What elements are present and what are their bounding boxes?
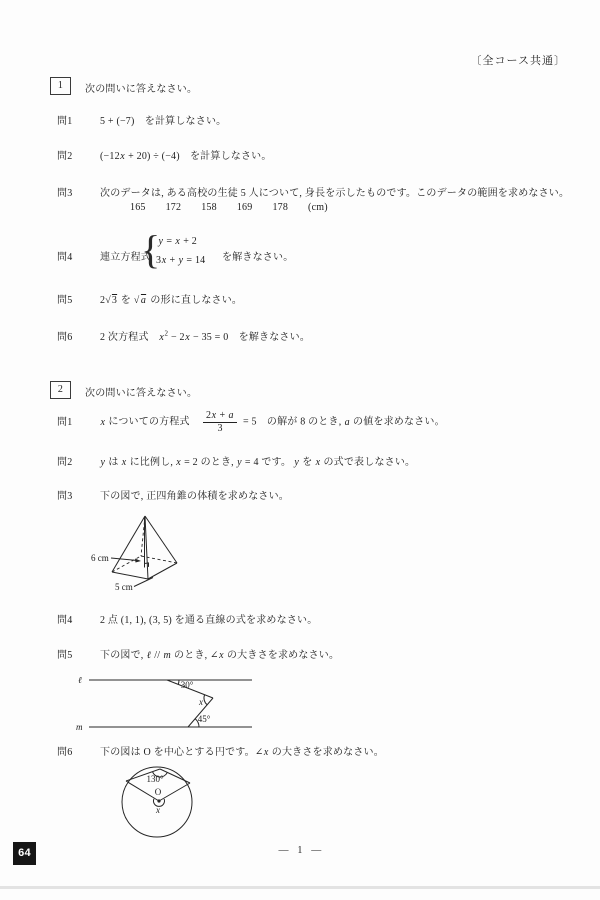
line-m-label: m bbox=[76, 722, 83, 732]
center-label: O bbox=[155, 787, 162, 797]
s1-q4-eq2: 3x + y = 14 bbox=[156, 255, 205, 266]
section-1-intro: 次の問いに答えなさい。 bbox=[85, 80, 197, 95]
page-number: — 1 — bbox=[0, 845, 600, 856]
angle-x-label: x bbox=[198, 697, 203, 707]
pyramid-hidden-edge bbox=[141, 556, 177, 563]
s1-q5-label: 問5 bbox=[57, 291, 72, 306]
s1-q6-label: 問6 bbox=[57, 328, 72, 343]
section-1-number-box: 1 bbox=[50, 77, 71, 95]
leader-arrowhead bbox=[135, 559, 141, 563]
angle-45-label: 45° bbox=[198, 714, 211, 724]
section-2-number-box: 2 bbox=[50, 381, 71, 399]
s2-q2-label: 問2 bbox=[57, 453, 72, 468]
pyramid-edge bbox=[112, 516, 145, 572]
base-leader-line bbox=[134, 578, 153, 587]
s2-q1-text: x についての方程式 2x + a3 = 5 の解が 8 のとき, a の値を求… bbox=[100, 410, 445, 435]
center-point bbox=[157, 799, 160, 802]
exam-page: 〔全コース共通〕 1 次の問いに答えなさい。 問1 5 + (−7) を計算しな… bbox=[0, 0, 600, 900]
section-2-intro: 次の問いに答えなさい。 bbox=[85, 384, 197, 399]
s1-q4-eq1: y = x + 2 bbox=[158, 236, 197, 247]
data-value: 165 bbox=[130, 202, 146, 213]
pyramid-base-edge bbox=[148, 563, 177, 579]
s2-q6-text: 下の図は O を中心とする円です。∠x の大きさを求めなさい。 bbox=[100, 743, 384, 758]
s2-q4-label: 問4 bbox=[57, 611, 72, 626]
s2-q2-text: y は x に比例し, x = 2 のとき, y = 4 です。 y を x の… bbox=[100, 453, 415, 468]
pyramid-edge bbox=[145, 516, 148, 579]
line-l-label: ℓ bbox=[78, 675, 82, 685]
s1-q1-text: 5 + (−7) を計算しなさい。 bbox=[100, 112, 226, 127]
radius-right bbox=[159, 783, 190, 801]
pyramid-base-edge bbox=[112, 572, 148, 579]
s2-q1-label: 問1 bbox=[57, 413, 72, 428]
central-angle-label: x bbox=[155, 805, 160, 815]
data-value: 158 bbox=[201, 202, 217, 213]
s1-q2-label: 問2 bbox=[57, 147, 72, 162]
s1-q4-label: 問4 bbox=[57, 248, 72, 263]
s1-q3-text: 次のデータは, ある高校の生徒 5 人について, 身長を示したものです。このデー… bbox=[100, 184, 569, 199]
data-value: 178 bbox=[272, 202, 288, 213]
data-value: 169 bbox=[237, 202, 253, 213]
parallel-lines-figure: ℓ m 30° x 45° bbox=[75, 668, 260, 733]
s1-q6-text: 2 次方程式 x2 − 2x − 35 = 0 を解きなさい。 bbox=[100, 328, 310, 343]
pyramid-figure: 6 cm 5 cm bbox=[85, 503, 210, 598]
data-unit: (cm) bbox=[308, 202, 328, 213]
s2-q3-label: 問3 bbox=[57, 487, 72, 502]
s2-q5-text: 下の図で, ℓ // m のとき, ∠x の大きさを求めなさい。 bbox=[100, 646, 339, 661]
s1-q1-label: 問1 bbox=[57, 112, 72, 127]
s2-q4-text: 2 点 (1, 1), (3, 5) を通る直線の式を求めなさい。 bbox=[100, 611, 317, 626]
section-1-number: 1 bbox=[58, 80, 63, 91]
s2-q5-label: 問5 bbox=[57, 646, 72, 661]
s1-q2-text: (−12x + 20) ÷ (−4) を計算しなさい。 bbox=[100, 147, 272, 162]
pyramid-base-label: 5 cm bbox=[115, 582, 133, 592]
s1-q3-label: 問3 bbox=[57, 184, 72, 199]
s2-q6-label: 問6 bbox=[57, 743, 72, 758]
pyramid-edge bbox=[145, 516, 177, 563]
height-leader-line bbox=[111, 558, 137, 561]
s1-q4-post: を解きなさい。 bbox=[222, 248, 293, 263]
inscribed-angle-label: 130° bbox=[146, 774, 164, 784]
s2-q3-text: 下の図で, 正四角錐の体積を求めなさい。 bbox=[100, 487, 289, 502]
angle-30-label: 30° bbox=[181, 680, 194, 690]
angle-arc-x bbox=[204, 695, 207, 705]
section-2-number: 2 bbox=[58, 384, 63, 395]
header-course-note: 〔全コース共通〕 bbox=[471, 52, 566, 68]
angle-arc-30 bbox=[178, 680, 179, 684]
s1-q3-data-row: 165 172 158 169 178 (cm) bbox=[130, 202, 328, 213]
data-value: 172 bbox=[166, 202, 182, 213]
pyramid-height-label: 6 cm bbox=[91, 553, 109, 563]
right-angle-mark bbox=[145, 563, 149, 567]
scan-edge-artifact bbox=[0, 886, 600, 889]
circle-figure: 130° O x bbox=[116, 760, 198, 844]
s1-q5-text: 2√3 を √a の形に直しなさい。 bbox=[100, 291, 242, 306]
